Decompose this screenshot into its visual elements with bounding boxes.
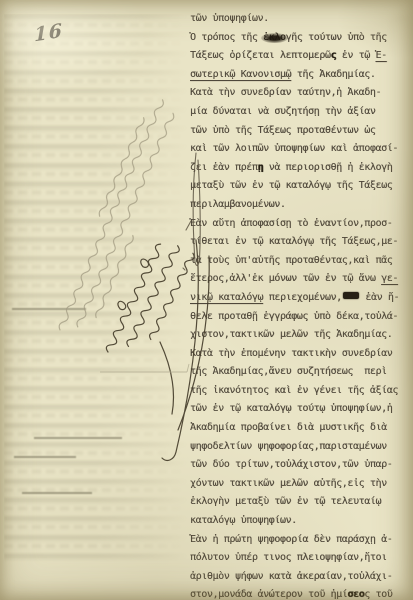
pencil-note-icon <box>49 95 190 342</box>
ink-flourish-icon <box>160 240 209 460</box>
scanned-page: τῶν ὑποψηφίων.Ὁ τρόπος τῆς ἐκλογῆς τούτω… <box>0 0 413 600</box>
handwriting-layer <box>0 0 413 600</box>
ink-note-icon <box>97 233 196 367</box>
pencil-rule-icon <box>100 364 189 372</box>
